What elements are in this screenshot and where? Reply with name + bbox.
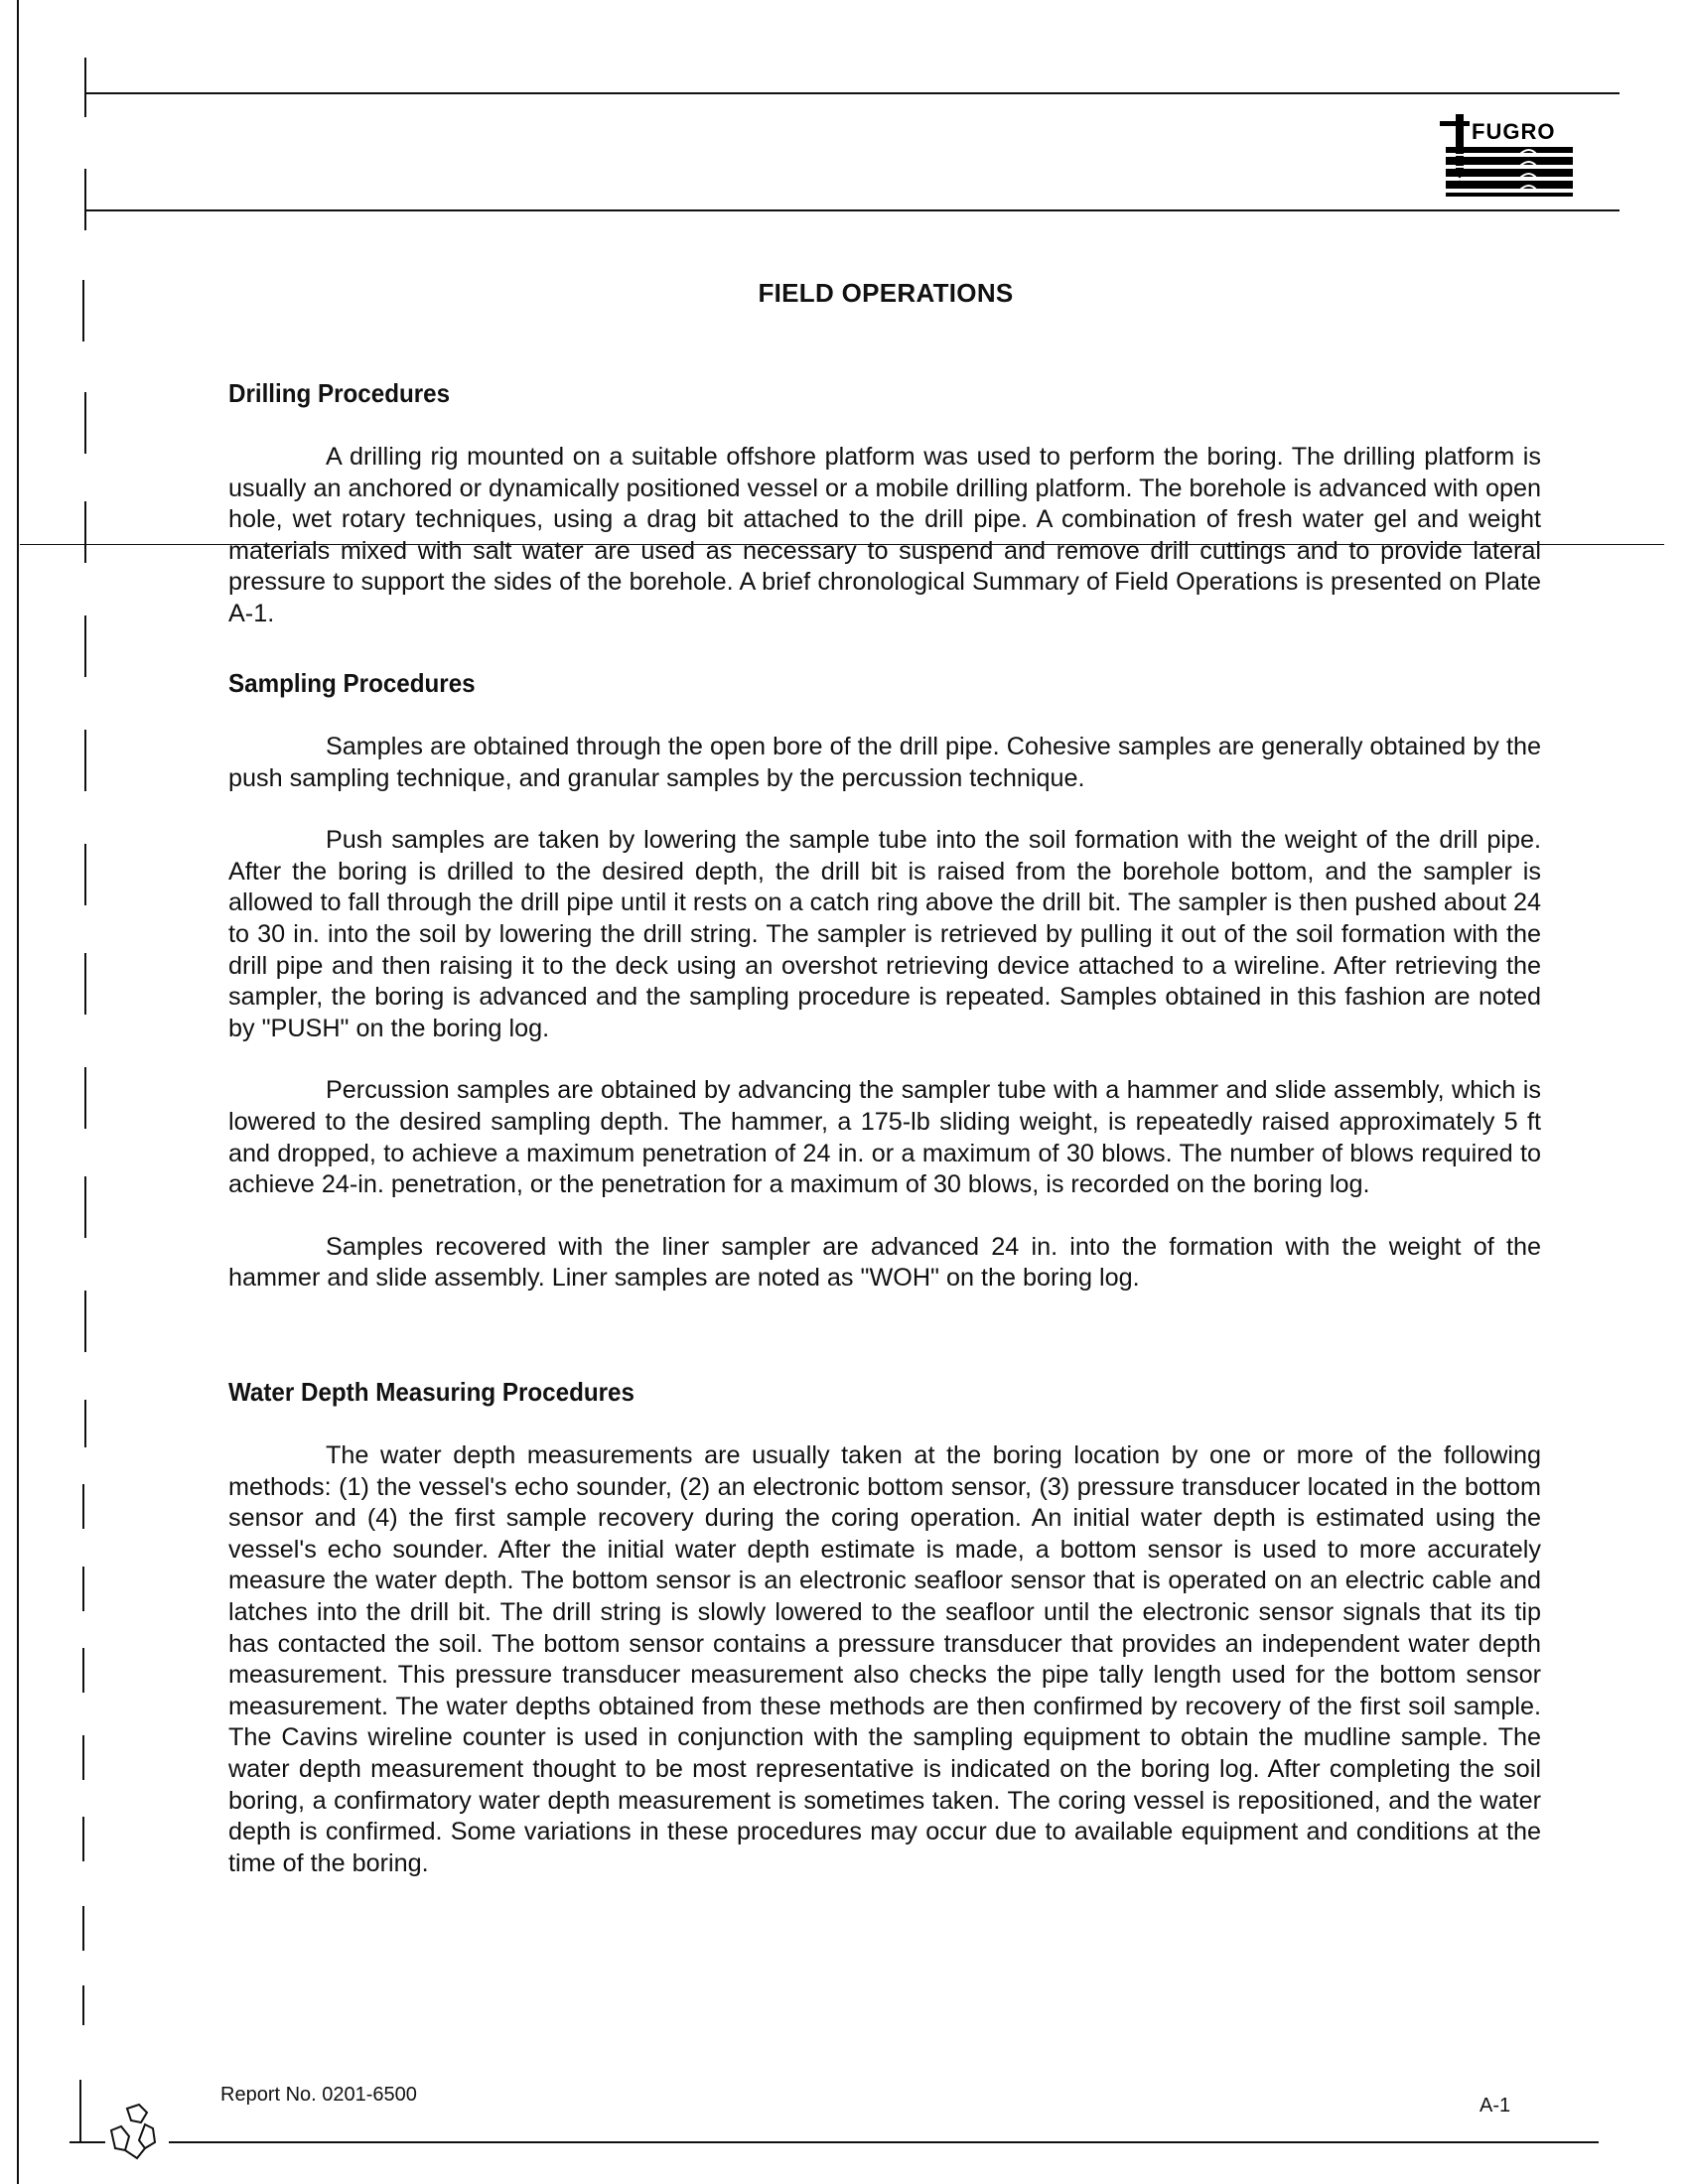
binding-mark [84,615,86,677]
header-bottom-rule [85,209,1620,211]
recycle-icon [105,2103,167,2162]
page-number: A-1 [1480,2095,1510,2117]
binding-mark [84,1067,86,1129]
binding-mark [84,501,86,563]
fugro-logo-icon: FUGRO [1440,109,1584,201]
paragraph: Samples recovered with the liner sampler… [228,1232,1541,1295]
fugro-logo: FUGRO [1440,109,1584,201]
paragraph: Percussion samples are obtained by advan… [228,1075,1541,1200]
scan-artifact-rule [20,544,1664,545]
binding-mark [82,1735,84,1780]
binding-mark [82,1648,84,1693]
header-top-rule [85,92,1620,94]
binding-mark [82,1567,84,1611]
binding-mark [84,844,86,905]
footer-rule [169,2141,1599,2143]
binding-mark [84,953,86,1015]
binding-mark [84,58,86,117]
binding-mark [84,169,86,230]
section-water-depth-procedures: Water Depth Measuring Procedures The wat… [228,1376,1541,1879]
binding-mark [84,730,86,791]
paragraph: Push samples are taken by lowering the s… [228,825,1541,1044]
binding-mark [84,1176,86,1238]
binding-mark [84,1400,86,1447]
binding-mark [82,1484,84,1529]
page-title: FIELD OPERATIONS [0,278,1692,309]
binding-mark [82,1906,84,1951]
svg-text:FUGRO: FUGRO [1472,119,1555,144]
section-heading: Water Depth Measuring Procedures [228,1376,1449,1408]
report-number: Report No. 0201-6500 [220,2084,417,2107]
binding-margin-line [17,0,19,2184]
binding-mark [84,392,86,454]
section-drilling-procedures: Drilling Procedures A drilling rig mount… [228,377,1541,630]
section-heading: Sampling Procedures [228,667,1449,699]
binding-mark [79,2080,81,2141]
paragraph: The water depth measurements are usually… [228,1440,1541,1879]
binding-mark [82,1985,84,2025]
binding-mark [84,1291,86,1352]
footer-rule-left [70,2141,105,2143]
section-heading: Drilling Procedures [228,377,1449,409]
binding-mark [82,1817,84,1861]
section-sampling-procedures: Sampling Procedures Samples are obtained… [228,667,1541,1295]
paragraph: A drilling rig mounted on a suitable off… [228,442,1541,630]
paragraph: Samples are obtained through the open bo… [228,732,1541,794]
